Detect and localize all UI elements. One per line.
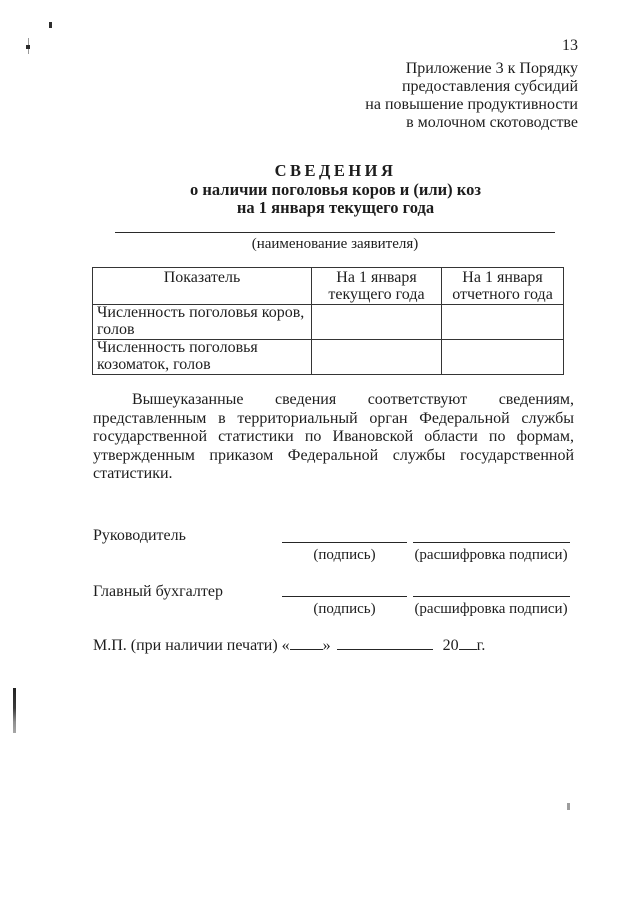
year-prefix: 20 [439, 637, 459, 654]
cell-goats-reporting-year [442, 340, 564, 375]
seal-date-line: М.П. (при наличии печати) «» 20г. [93, 636, 485, 655]
scan-edge-mark [13, 688, 16, 733]
title-subtitle-2: на 1 января текущего года [93, 199, 578, 218]
column-header-current-year: На 1 января текущего года [312, 268, 442, 305]
statement-line: Вышеуказанные сведения соответствуют све… [93, 391, 574, 410]
accountant-name-blank [413, 581, 570, 597]
head-signature-blank [282, 527, 407, 543]
title-subtitle-1: о наличии поголовья коров и (или) коз [93, 181, 578, 200]
applicant-name-caption: (наименование заявителя) [115, 236, 555, 253]
accountant-name-caption: (расшифровка подписи) [405, 601, 577, 618]
year-suffix: г. [477, 637, 486, 654]
accountant-signature-blank [282, 581, 407, 597]
close-quote: » [323, 637, 331, 654]
column-header-indicator: Показатель [93, 268, 312, 305]
appendix-reference: Приложение 3 к Порядку предоставления су… [365, 60, 578, 132]
statement-paragraph: Вышеуказанные сведения соответствуют све… [93, 391, 574, 484]
open-quote: « [282, 637, 290, 654]
scan-speck [26, 45, 30, 49]
row-label-goats: Численность поголовья козоматок, голов [93, 340, 312, 375]
head-name-blank [413, 527, 570, 543]
page-number: 13 [562, 37, 578, 55]
seal-label: М.П. (при наличии печати) [93, 637, 282, 654]
appendix-line: на повышение продуктивности [365, 96, 578, 114]
document-page: 13 Приложение 3 к Порядку предоставления… [0, 0, 640, 905]
table-row: Численность поголовья коров, голов [93, 305, 564, 340]
appendix-line: Приложение 3 к Порядку [365, 60, 578, 78]
cell-goats-current-year [312, 340, 442, 375]
head-name-caption: (расшифровка подписи) [405, 547, 577, 564]
table-row: Численность поголовья козоматок, голов [93, 340, 564, 375]
head-signature-caption: (подпись) [282, 547, 407, 564]
appendix-line: в молочном скотоводстве [365, 114, 578, 132]
signature-role-accountant: Главный бухгалтер [93, 583, 223, 601]
scan-speck [567, 803, 570, 810]
title-heading: СВЕДЕНИЯ [93, 162, 578, 181]
statement-line: статистики. [93, 465, 574, 484]
document-title: СВЕДЕНИЯ о наличии поголовья коров и (ил… [93, 162, 578, 218]
month-blank [337, 636, 433, 650]
livestock-table: Показатель На 1 января текущего года На … [92, 267, 564, 375]
appendix-line: предоставления субсидий [365, 78, 578, 96]
table-header-row: Показатель На 1 января текущего года На … [93, 268, 564, 305]
cell-cows-current-year [312, 305, 442, 340]
column-header-reporting-year: На 1 января отчетного года [442, 268, 564, 305]
statement-line: утвержденным приказом Федеральной службы… [93, 447, 574, 466]
statement-line: представленным в территориальный орган Ф… [93, 410, 574, 429]
day-blank [290, 636, 323, 650]
cell-cows-reporting-year [442, 305, 564, 340]
statement-line: государственной статистики по Ивановской… [93, 428, 574, 447]
applicant-name-blank [115, 217, 555, 233]
accountant-signature-caption: (подпись) [282, 601, 407, 618]
row-label-cows: Численность поголовья коров, голов [93, 305, 312, 340]
year-blank [459, 636, 477, 650]
scan-speck [49, 22, 52, 28]
signature-role-head: Руководитель [93, 527, 186, 545]
